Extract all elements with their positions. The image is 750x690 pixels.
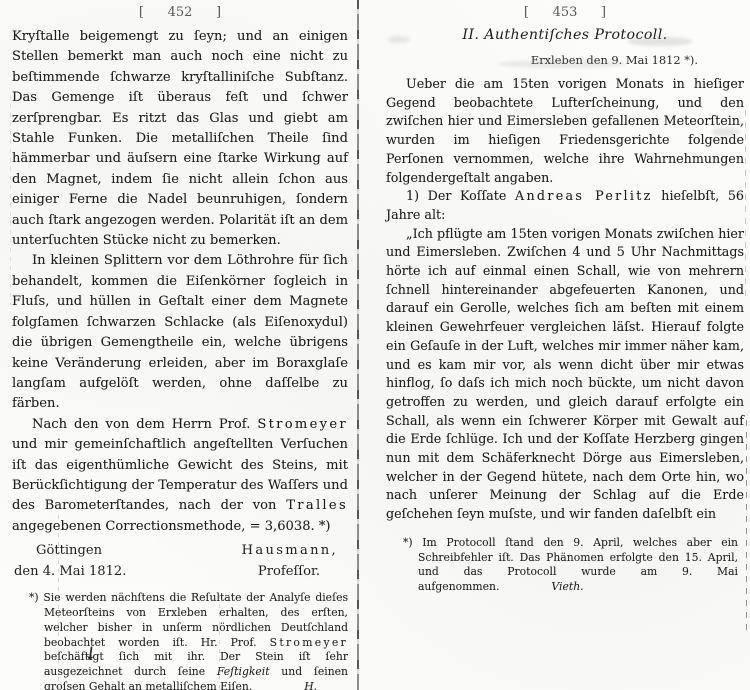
signature-place: Göttingen [12,540,180,561]
page-gutter-line [357,0,359,690]
fold-line [58,515,59,690]
page-left: [ 452 ] Kryſtalle beigemengt zu ſeyn; un… [0,0,356,690]
scan-smudge [628,37,692,46]
scan-smudge [498,60,626,68]
page-number-right: [ 453 ] [386,5,744,20]
paragraph-crystal-description: Kryſtalle beigemengt zu ſeyn; und an ein… [12,27,348,251]
scan-smudge [388,36,410,43]
scan-edge-line [745,110,746,300]
paragraph-specific-weight: Nach den von dem Herrn Prof. Stromeyer u… [12,415,348,537]
signature-name: Hausmann, [180,540,348,561]
footnote-left: *) Sie werden nächſtens die Reſultate de… [12,591,348,690]
paragraph-introduction: Ueber die am 15ten vorigen Monats in hie… [386,75,744,187]
scan-smudge [712,128,740,136]
footnote-right: *) Im Protocoll ſtand den 9. April, welc… [386,536,744,595]
signature-block: Göttingen Hausmann, den 4. Mai 1812. Pro… [12,540,348,582]
book-scan: [ 452 ] Kryſtalle beigemengt zu ſeyn; un… [0,0,750,690]
signature-title: Profeſſor. [180,561,348,582]
fold-line [10,95,11,305]
fold-line [219,595,220,690]
paragraph-witness-name: 1) Der Koſſate Andreas Perlitz hieſelbſt… [386,187,744,224]
signature-date: den 4. Mai 1812. [12,561,180,582]
paragraph-blowpipe-test: In kleinen Splittern vor dem Löthrohre f… [12,251,348,414]
scan-edge-line [746,420,747,630]
page-number-left: [ 452 ] [12,5,348,20]
page-right: [ 453 ] II. Authentiſches Protocoll. Erx… [362,0,750,690]
paragraph-witness-testimony: „Ich pflügte am 15ten vorigen Monats zwi… [386,225,744,524]
